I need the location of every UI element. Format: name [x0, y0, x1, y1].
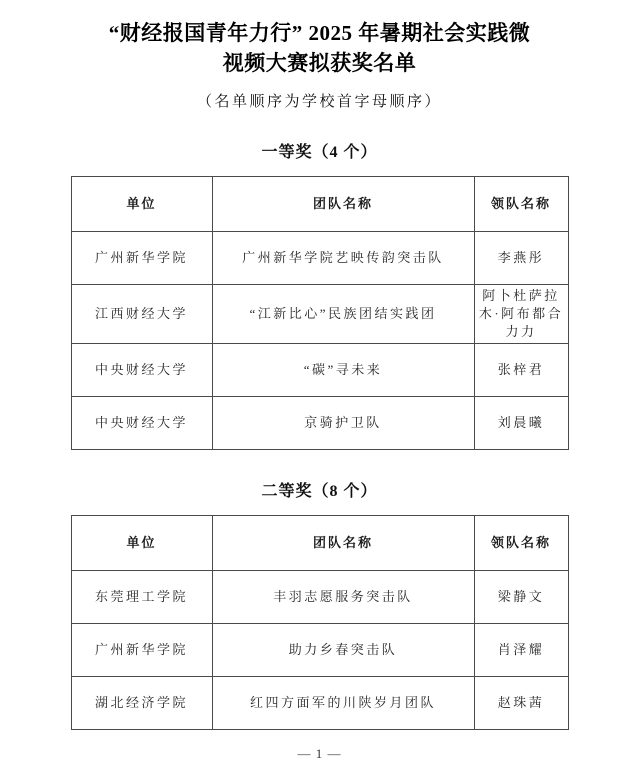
page-number: — 1 —	[0, 746, 639, 762]
unit-cell: 江西财经大学	[71, 285, 212, 344]
leader-cell: 赵珠茜	[474, 676, 568, 729]
section-heading-first-prize: 一等奖（4 个）	[0, 139, 639, 162]
leader-cell: 阿卜杜萨拉木·阿布都合力力	[474, 285, 568, 344]
title-line-2: 视频大赛拟获奖名单	[223, 51, 417, 75]
table-header-row: 单位 团队名称 领队名称	[71, 515, 568, 570]
team-cell: 红四方面军的川陕岁月团队	[212, 676, 474, 729]
team-cell: “碳”寻未来	[212, 343, 474, 396]
team-cell: 京骑护卫队	[212, 396, 474, 449]
unit-cell: 中央财经大学	[71, 343, 212, 396]
document-subtitle: （名单顺序为学校首字母顺序）	[0, 90, 639, 111]
column-header-unit: 单位	[71, 177, 212, 232]
table-row: 东莞理工学院 丰羽志愿服务突击队 梁静文	[71, 570, 568, 623]
section-heading-second-prize: 二等奖（8 个）	[0, 478, 639, 501]
leader-cell: 李燕彤	[474, 232, 568, 285]
unit-cell: 广州新华学院	[71, 232, 212, 285]
title-line-1: “财经报国青年力行” 2025 年暑期社会实践微	[109, 21, 531, 45]
table-row: 广州新华学院 助力乡春突击队 肖泽耀	[71, 623, 568, 676]
unit-cell: 东莞理工学院	[71, 570, 212, 623]
table-row: 湖北经济学院 红四方面军的川陕岁月团队 赵珠茜	[71, 676, 568, 729]
table-header-row: 单位 团队名称 领队名称	[71, 177, 568, 232]
column-header-leader: 领队名称	[474, 515, 568, 570]
column-header-team: 团队名称	[212, 515, 474, 570]
column-header-team: 团队名称	[212, 177, 474, 232]
first-prize-table: 单位 团队名称 领队名称 广州新华学院 广州新华学院艺映传韵突击队 李燕彤 江西…	[71, 176, 569, 450]
team-cell: 助力乡春突击队	[212, 623, 474, 676]
document-title: “财经报国青年力行” 2025 年暑期社会实践微 视频大赛拟获奖名单	[0, 18, 639, 78]
unit-cell: 中央财经大学	[71, 396, 212, 449]
unit-cell: 湖北经济学院	[71, 676, 212, 729]
unit-cell: 广州新华学院	[71, 623, 212, 676]
team-cell: “江新比心”民族团结实践团	[212, 285, 474, 344]
document-page: “财经报国青年力行” 2025 年暑期社会实践微 视频大赛拟获奖名单 （名单顺序…	[0, 0, 639, 772]
table-row: 广州新华学院 广州新华学院艺映传韵突击队 李燕彤	[71, 232, 568, 285]
team-cell: 广州新华学院艺映传韵突击队	[212, 232, 474, 285]
leader-cell: 张梓君	[474, 343, 568, 396]
team-cell: 丰羽志愿服务突击队	[212, 570, 474, 623]
table-row: 中央财经大学 京骑护卫队 刘晨曦	[71, 396, 568, 449]
column-header-unit: 单位	[71, 515, 212, 570]
leader-cell: 肖泽耀	[474, 623, 568, 676]
table-row: 中央财经大学 “碳”寻未来 张梓君	[71, 343, 568, 396]
table-row: 江西财经大学 “江新比心”民族团结实践团 阿卜杜萨拉木·阿布都合力力	[71, 285, 568, 344]
second-prize-table: 单位 团队名称 领队名称 东莞理工学院 丰羽志愿服务突击队 梁静文 广州新华学院…	[71, 515, 569, 730]
column-header-leader: 领队名称	[474, 177, 568, 232]
leader-cell: 梁静文	[474, 570, 568, 623]
leader-cell: 刘晨曦	[474, 396, 568, 449]
